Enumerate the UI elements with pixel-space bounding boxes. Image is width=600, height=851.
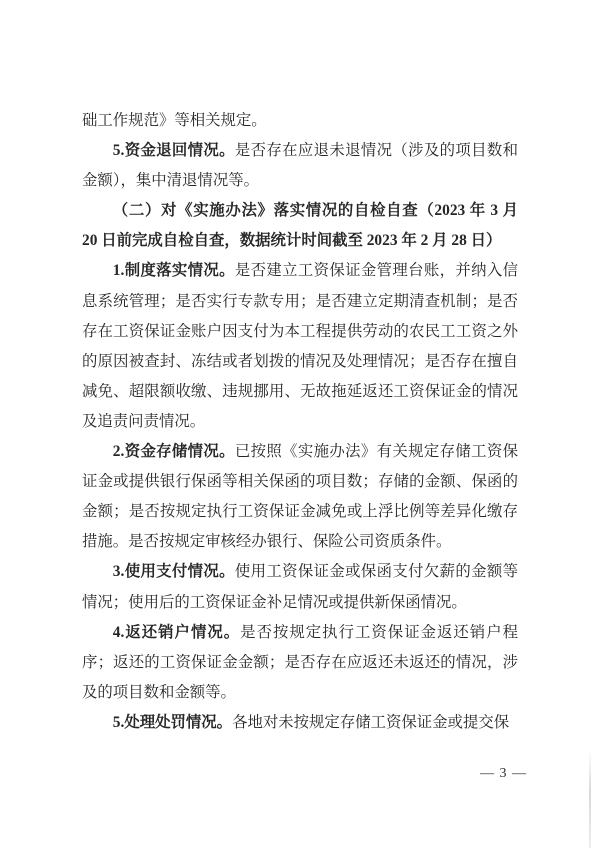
paragraph-item-3-payment: 3.使用支付情况。使用工资保证金或保函支付欠薪的金额等情况；使用后的工资保证金补… xyxy=(82,557,518,617)
paragraph-item-5-penalty: 5.处理处罚情况。各地对未按规定存储工资保证金或提交保 xyxy=(82,708,518,738)
document-body: 础工作规范》等相关规定。 5.资金退回情况。是否存在应退未退情况（涉及的项目数和… xyxy=(82,106,518,738)
paragraph-lead: 3.使用支付情况。 xyxy=(113,563,235,580)
scan-edge-artifact xyxy=(589,748,591,848)
paragraph-text: 是否建立工资保证金管理台账，并纳入信息系统管理；是否实行专款专用；是否建立定期清… xyxy=(82,262,518,429)
document-page: 础工作规范》等相关规定。 5.资金退回情况。是否存在应退未退情况（涉及的项目数和… xyxy=(0,0,600,851)
section-heading-text: （二）对《实施办法》落实情况的自检自查（2023 年 3 月 20 日前完成自检… xyxy=(82,202,518,249)
paragraph-item-1-system: 1.制度落实情况。是否建立工资保证金管理台账，并纳入信息系统管理；是否实行专款专… xyxy=(82,256,518,437)
paragraph-item-2-storage: 2.资金存储情况。已按照《实施办法》有关规定存储工资保证金或提供银行保函等相关保… xyxy=(82,437,518,557)
paragraph-carryover: 础工作规范》等相关规定。 xyxy=(82,106,518,136)
paragraph-text: 础工作规范》等相关规定。 xyxy=(82,112,267,129)
paragraph-text: 各地对未按规定存储工资保证金或提交保 xyxy=(232,714,509,731)
paragraph-lead: 2.资金存储情况。 xyxy=(113,443,235,460)
paragraph-item-4-return: 4.返还销户情况。是否按规定执行工资保证金返还销户程序；返还的工资保证金金额；是… xyxy=(82,618,518,708)
paragraph-lead: 5.处理处罚情况。 xyxy=(113,714,232,731)
paragraph-lead: 4.返还销户情况。 xyxy=(113,624,240,641)
paragraph-lead: 5.资金退回情况。 xyxy=(113,142,235,159)
paragraph-item-5-refund: 5.资金退回情况。是否存在应退未退情况（涉及的项目数和金额），集中清退情况等。 xyxy=(82,136,518,196)
section-heading: （二）对《实施办法》落实情况的自检自查（2023 年 3 月 20 日前完成自检… xyxy=(82,196,518,256)
paragraph-lead: 1.制度落实情况。 xyxy=(113,262,235,279)
page-number: — 3 — xyxy=(480,764,527,784)
